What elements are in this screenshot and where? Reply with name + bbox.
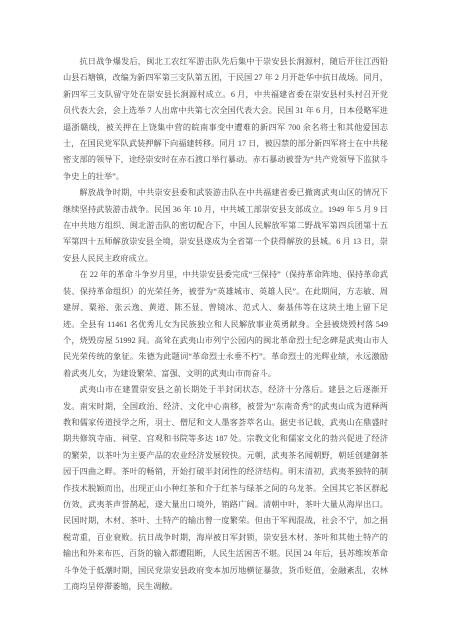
paragraph-anti-japanese-war: 抗日战争爆发后，闽北工农红军游击队先后集中于崇安县长涧源村，随后开往江西铅山县石… — [63, 54, 388, 185]
paragraph-economic-history: 武夷山市在建置崇安县之前长期处于半封闭状态，经济十分落后。建县之后逐渐开发。南宋… — [63, 382, 388, 595]
paragraph-revolutionary-years: 在 22 年的革命斗争岁月里，中共崇安县委完成“三保持”（保持革命阵地、保持革命… — [63, 267, 388, 382]
paragraph-liberation-war: 解放战争时期，中共崇安县委和武装游击队在中共福建省委已撤离武夷山区的情况下继续坚… — [63, 185, 388, 267]
document-text-block: 抗日战争爆发后，闽北工农红军游击队先后集中于崇安县长涧源村，随后开往江西铅山县石… — [63, 54, 388, 595]
document-page: 抗日战争爆发后，闽北工农红军游击队先后集中于崇安县长涧源村，随后开往江西铅山县石… — [0, 0, 450, 636]
